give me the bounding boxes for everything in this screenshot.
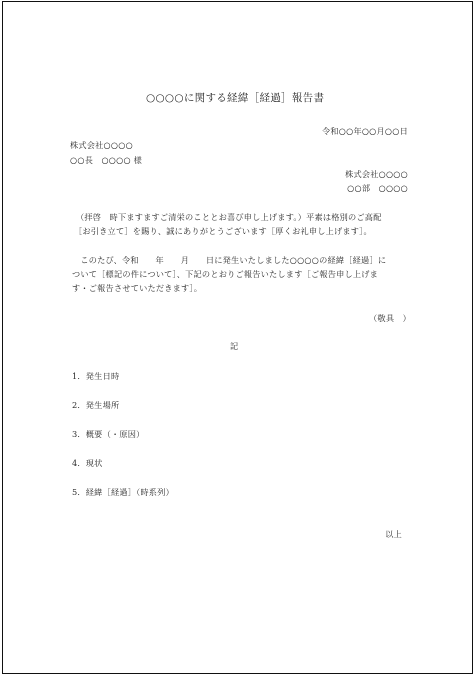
document-date: 令和○○年○○月○○日 [322, 126, 408, 137]
list-item-4: 4．現状 [72, 458, 103, 469]
list-item-5: 5．経緯［経過］（時系列） [72, 487, 174, 498]
list-item-3: 3．概要（・原因） [72, 429, 145, 440]
recipient-company: 株式会社○○○○ [70, 140, 133, 151]
end-ijou: 以上 [385, 529, 402, 540]
body-line-1: このたび、令和 年 月 日に発生いたしました○○○○の経緯［経過］に [72, 255, 386, 266]
greeting-line-2: ［お引き立て］を賜り、誠にありがとうございます［厚くお礼申し上げます］。 [74, 226, 372, 237]
sender-company: 株式会社○○○○ [345, 169, 408, 180]
sender-person: ○○部 ○○○○ [347, 183, 408, 194]
body-line-2: ついて［標記の件について］、下記のとおりご報告いたします［ご報告申し上げま [72, 269, 378, 280]
list-item-1: 1．発生日時 [72, 371, 119, 382]
greeting-line-1: （拝啓 時下ますますご清栄のこととお喜び申し上げます。）平素は格別のご高配 [76, 212, 382, 223]
document-title: ○○○○に関する経緯［経過］報告書 [146, 91, 324, 105]
body-line-3: す・ご報告させていただきます］。 [72, 283, 202, 294]
recipient-person: ○○長 ○○○○ 様 [70, 155, 142, 166]
ki-heading: 記 [230, 341, 238, 352]
closing-keigu: （敬具 ） [369, 313, 411, 324]
list-item-2: 2．発生場所 [72, 400, 119, 411]
